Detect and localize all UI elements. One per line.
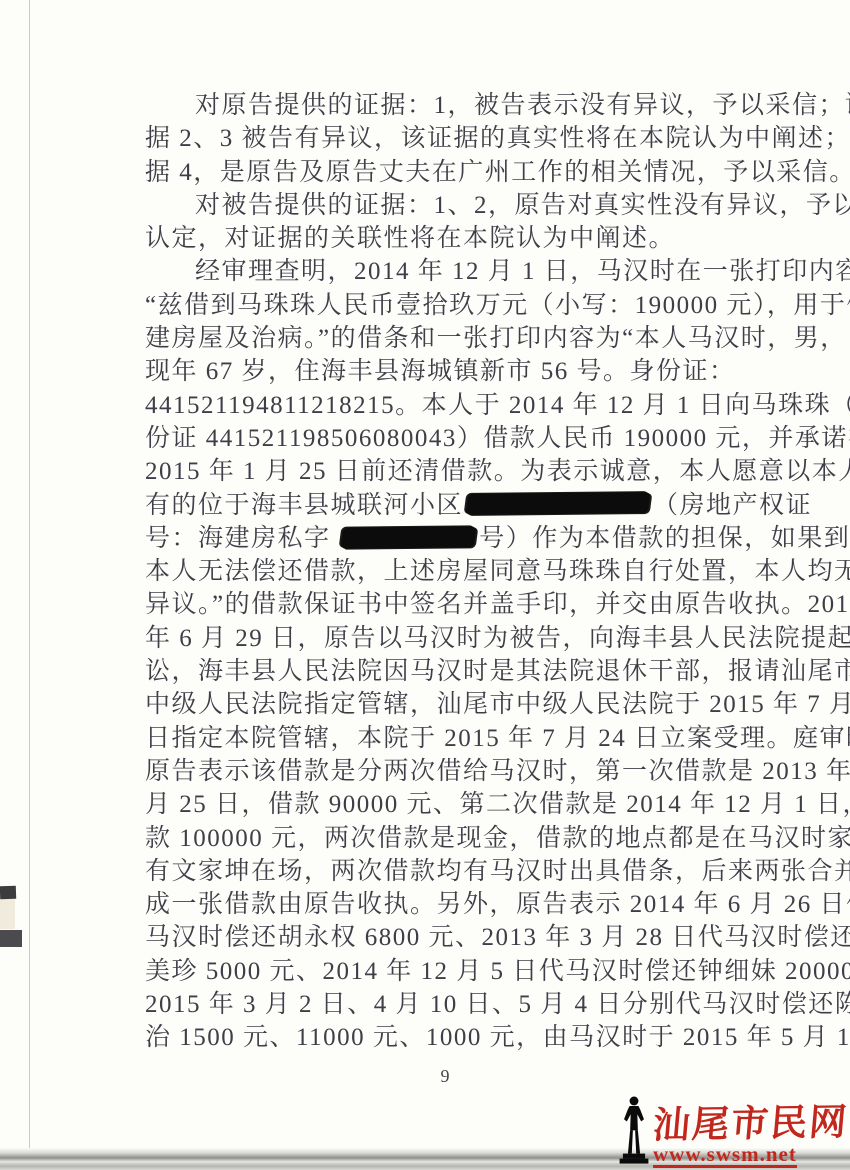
document-line: 本人无法偿还借款，上述房屋同意马珠珠自行处置，本人均无: [145, 555, 805, 588]
redaction-mark: [341, 526, 477, 548]
binding-mark: [0, 886, 16, 900]
document-body-text: 对原告提供的证据：1，被告表示没有异议，予以采信；证 据 2、3 被告有异议，该…: [145, 89, 805, 1055]
person-silhouette-icon: [617, 1096, 651, 1168]
document-line: 原告表示该借款是分两次借给马汉时，第一次借款是 2013 年 6: [145, 755, 805, 788]
document-line: 款 100000 元，两次借款是现金，借款的地点都是在马汉时家，: [145, 822, 805, 855]
document-line-text: 号：海建房私字: [145, 525, 338, 552]
document-line: 经审理查明，2014 年 12 月 1 日，马汉时在一张打印内容为: [145, 255, 805, 288]
page-edge-line: [29, 0, 30, 1150]
document-line: 月 25 日，借款 90000 元、第二次借款是 2014 年 12 月 1 日…: [145, 788, 805, 821]
document-line: 441521194811218215。本人于 2014 年 12 月 1 日向马…: [145, 389, 805, 422]
document-line: 美珍 5000 元、2014 年 12 月 5 日代马汉时偿还钟细妹 20000…: [145, 955, 805, 988]
binding-mark: [0, 930, 22, 947]
document-line: 有文家坤在场，两次借款均有马汉时出具借条，后来两张合并: [145, 855, 805, 888]
document-line: 认定，对证据的关联性将在本院认为中阐述。: [145, 222, 805, 255]
document-line: 讼，海丰县人民法院因马汉时是其法院退休干部，报请汕尾市: [145, 655, 805, 688]
document-line: 日指定本院管辖，本院于 2015 年 7 月 24 日立案受理。庭审时，: [145, 722, 805, 755]
document-line: 2015 年 3 月 2 日、4 月 10 日、5 月 4 日分别代马汉时偿还陈…: [145, 988, 805, 1021]
document-line-redacted: 有的位于海丰县城联河小区（房地产权证: [145, 489, 805, 522]
document-line: 据 2、3 被告有异议，该证据的真实性将在本院认为中阐述；证: [145, 122, 805, 155]
document-line: 异议。”的借款保证书中签名并盖手印，并交由原告收执。2015: [145, 588, 805, 621]
document-line: 据 4，是原告及原告丈夫在广州工作的相关情况，予以采信。: [145, 156, 805, 189]
document-line: 成一张借款由原告收执。另外，原告表示 2014 年 6 月 26 日代: [145, 888, 805, 921]
document-line: 马汉时偿还胡永权 6800 元、2013 年 3 月 28 日代马汉时偿还郑: [145, 921, 805, 954]
document-line-text: 有的位于海丰县城联河小区: [145, 492, 463, 519]
page-number: 9: [0, 1066, 850, 1087]
document-line: 对被告提供的证据：1、2，原告对真实性没有异议，予以: [145, 189, 805, 222]
scan-edge-left: [0, 0, 26, 1170]
document-line-text: （房地产权证: [653, 492, 812, 519]
document-line: “兹借到马珠珠人民币壹拾玖万元（小写：190000 元），用于修: [145, 289, 805, 322]
watermark: 汕尾市民网 www.swsm.net: [617, 1096, 848, 1168]
document-line-redacted: 号：海建房私字 号）作为本借款的担保，如果到时: [145, 522, 805, 555]
redaction-mark: [466, 492, 651, 515]
watermark-site-name: 汕尾市民网: [651, 1105, 849, 1144]
document-line: 现年 67 岁，住海丰县海城镇新市 56 号。身份证：: [145, 355, 805, 388]
document-line: 治 1500 元、11000 元、1000 元，由马汉时于 2015 年 5 月…: [145, 1021, 805, 1054]
document-line: 2015 年 1 月 25 日前还清借款。为表示诚意，本人愿意以本人所: [145, 455, 805, 488]
document-line: 中级人民法院指定管辖，汕尾市中级人民法院于 2015 年 7 月 3: [145, 688, 805, 721]
scanned-court-document-page: 对原告提供的证据：1，被告表示没有异议，予以采信；证 据 2、3 被告有异议，该…: [0, 0, 850, 1170]
document-line: 对原告提供的证据：1，被告表示没有异议，予以采信；证: [145, 89, 805, 122]
document-line-text: 号）作为本借款的担保，如果到时: [479, 525, 850, 552]
document-line: 年 6 月 29 日，原告以马汉时为被告，向海丰县人民法院提起诉: [145, 622, 805, 655]
document-line: 份证 441521198506080043）借款人民币 190000 元，并承诺…: [145, 422, 805, 455]
document-line: 建房屋及治病。”的借条和一张打印内容为“本人马汉时，男，: [145, 322, 805, 355]
watermark-site-url: www.swsm.net: [653, 1143, 797, 1168]
binding-tab: [0, 899, 15, 929]
